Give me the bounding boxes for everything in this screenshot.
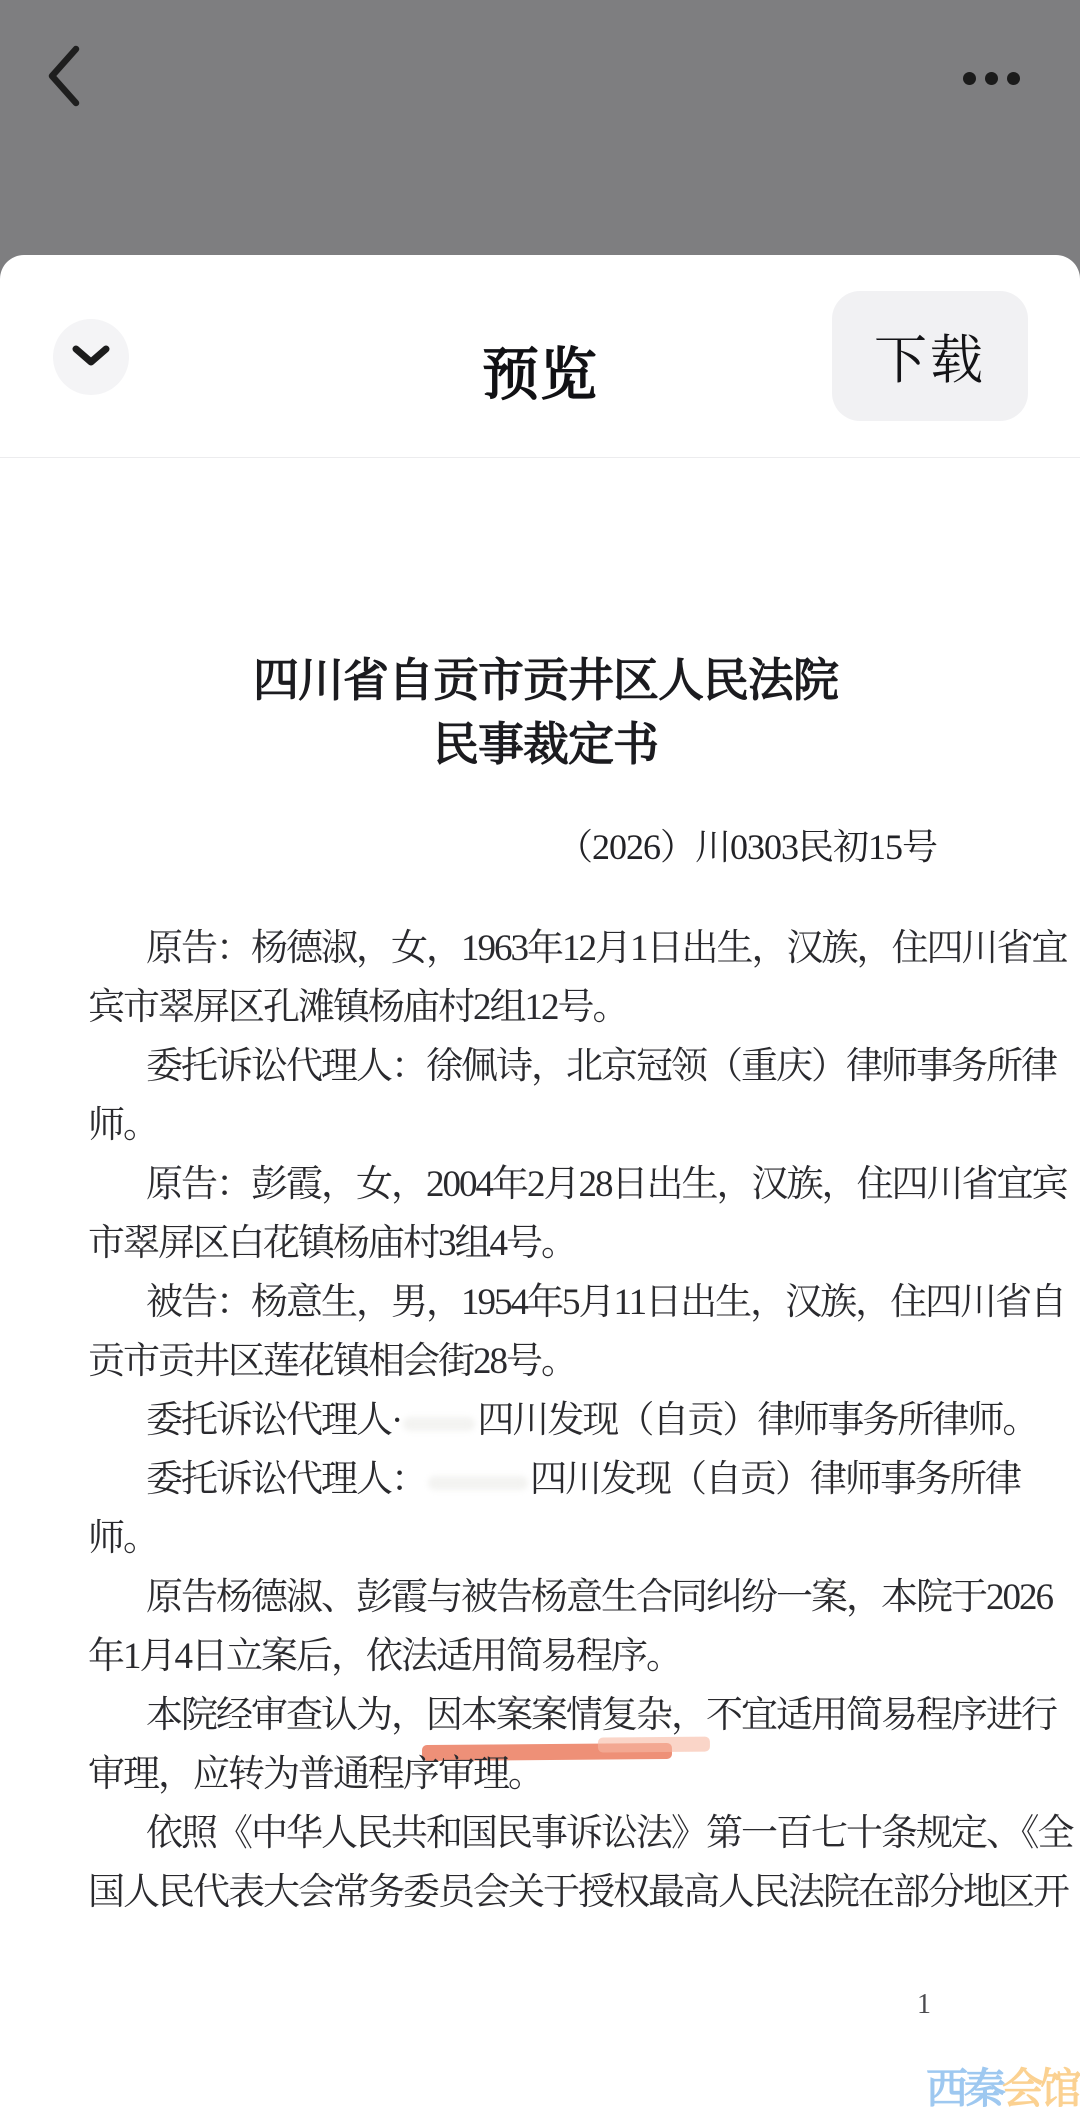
doc-line: 原告：彭霞，女，2004年2月28日出生，汉族，住四川省宜宾 bbox=[88, 1155, 1080, 1214]
doc-lines: 原告：杨德淑，女，1963年12月1日出生，汉族，住四川省宜宾市翠屏区孔滩镇杨庙… bbox=[88, 919, 1080, 1922]
document-scroll-area[interactable]: 四川省自贡市贡井区人民法院 民事裁定书 （2026）川0303民初15号 原告：… bbox=[0, 459, 1080, 2112]
page-number: 1 bbox=[88, 1988, 1003, 2022]
doc-line: 委托诉讼代理人：四川发现（自贡）律师事务所律 bbox=[88, 1450, 1080, 1509]
doc-line: 宾市翠屏区孔滩镇杨庙村2组12号。 bbox=[88, 978, 1080, 1037]
doc-line: 依照《中华人民共和国民事诉讼法》第一百七十条规定、《全 bbox=[88, 1804, 1080, 1863]
three-dots-menu-icon bbox=[963, 72, 976, 85]
preview-sheet: 预览 下载 四川省自贡市贡井区人民法院 民事裁定书 （2026）川0303民初1… bbox=[0, 255, 1080, 2112]
doc-line: 国人民代表大会常务委员会关于授权最高人民法院在部分地区开 bbox=[88, 1863, 1080, 1922]
more-options-button[interactable] bbox=[963, 58, 1020, 98]
doc-line: 年1月4日立案后，依法适用简易程序。 bbox=[88, 1627, 1080, 1686]
back-button[interactable] bbox=[42, 42, 86, 114]
chevron-left-icon bbox=[47, 45, 81, 112]
download-button[interactable]: 下载 bbox=[832, 291, 1028, 421]
redacted-name bbox=[428, 1476, 528, 1490]
doc-line: 市翠屏区白花镇杨庙村3组4号。 bbox=[88, 1214, 1080, 1273]
doc-line: 原告杨德淑、彭霞与被告杨意生合同纠纷一案，本院于2026 bbox=[88, 1568, 1080, 1627]
doc-line: 本院经审查认为，因本案案情复杂，不宜适用简易程序进行 bbox=[88, 1686, 1080, 1745]
document-court-name: 四川省自贡市贡井区人民法院 bbox=[88, 649, 1003, 713]
watermark-part2: 会馆 bbox=[1002, 2065, 1078, 2112]
case-number: （2026）川0303民初15号 bbox=[88, 821, 1003, 873]
doc-line: 审理，应转为普通程序审理。 bbox=[88, 1745, 1080, 1804]
doc-line: 被告：杨意生，男，1954年5月11日出生，汉族，住四川省自 bbox=[88, 1273, 1080, 1332]
doc-line: 委托诉讼代理人：徐佩诗，北京冠领（重庆）律师事务所律 bbox=[88, 1037, 1080, 1096]
app-screen: 预览 下载 四川省自贡市贡井区人民法院 民事裁定书 （2026）川0303民初1… bbox=[0, 0, 1080, 2112]
doc-line: 师。 bbox=[88, 1509, 1080, 1568]
watermark-part1: 西秦 bbox=[926, 2065, 1002, 2112]
doc-line: 委托诉讼代理人·四川发现（自贡）律师事务所律师。 bbox=[88, 1391, 1080, 1450]
doc-line: 原告：杨德淑，女，1963年12月1日出生，汉族，住四川省宜 bbox=[88, 919, 1080, 978]
redacted-name bbox=[403, 1417, 475, 1431]
document-type-title: 民事裁定书 bbox=[88, 713, 1003, 777]
watermark: 西秦会馆 bbox=[926, 2056, 1078, 2112]
doc-line: 师。 bbox=[88, 1096, 1080, 1155]
doc-line: 贡市贡井区莲花镇相会街28号。 bbox=[88, 1332, 1080, 1391]
preview-header: 预览 下载 bbox=[0, 255, 1080, 458]
